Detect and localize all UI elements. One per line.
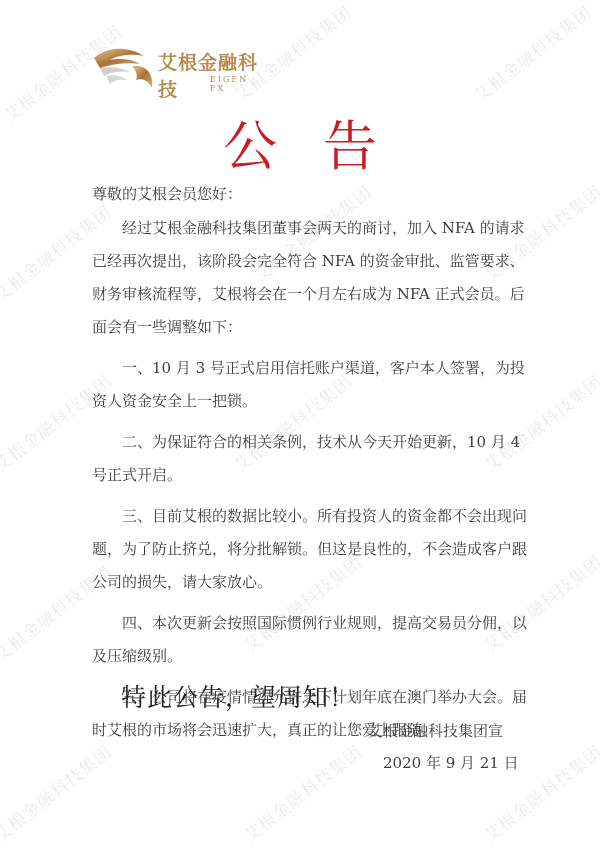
greeting: 尊敬的艾根会员您好： <box>92 178 532 211</box>
company-logo: 艾根金融科技 EIGEN FX <box>92 42 262 92</box>
paragraph-item-1: 一、10 月 3 号正式启用信托账户渠道，客户本人签署，为投资人资金安全上一把锁… <box>92 352 532 418</box>
paragraph-item-2: 二、为保证符合的相关条例，技术从今天开始更新，10 月 4 号正式开启。 <box>92 426 532 492</box>
closing-statement: 特此公告，望周知！ <box>121 678 355 714</box>
signature: 艾根金融科技集团宣 <box>368 720 503 741</box>
date: 2020 年 9 月 21 日 <box>383 752 519 773</box>
paragraph-item-3: 三、目前艾根的数据比较小。所有投资人的资金都不会出现问题，为了防止挤兑，将分批解… <box>92 500 532 599</box>
eagle-head-logo-icon <box>92 42 158 92</box>
announcement-body: 经过艾根金融科技集团董事会两天的商讨，加入 NFA 的请求已经再次提出，该阶段会… <box>92 212 532 755</box>
announcement-page: 艾根金融科技 EIGEN FX 公告 尊敬的艾根会员您好： 经过艾根金融科技集团… <box>0 0 600 849</box>
paragraph-item-4: 四、本次更新会按照国际惯例行业规则，提高交易员分佣，以及压缩级别。 <box>92 607 532 673</box>
page-title: 公告 <box>0 104 600 181</box>
paragraph-intro: 经过艾根金融科技集团董事会两天的商讨，加入 NFA 的请求已经再次提出，该阶段会… <box>92 212 532 344</box>
logo-name-en: EIGEN FX <box>210 75 262 93</box>
